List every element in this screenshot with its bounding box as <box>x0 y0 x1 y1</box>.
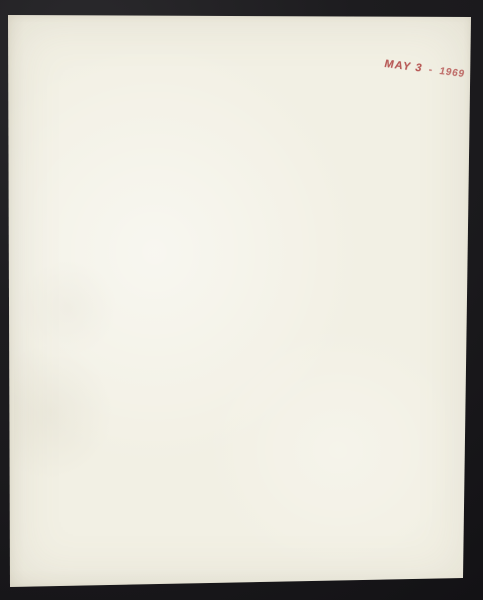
date-stamp-year: 1969 <box>438 66 466 80</box>
scanned-photo-back: MAY 3 - 1969 <box>0 0 483 600</box>
date-stamp-separator: - <box>427 65 434 76</box>
date-stamp: MAY 3 - 1969 <box>383 58 466 80</box>
paper-vignette <box>8 15 471 587</box>
date-stamp-month-day: MAY 3 <box>383 58 424 75</box>
paper-sheet: MAY 3 - 1969 <box>0 0 483 600</box>
paper-crease <box>14 230 134 490</box>
